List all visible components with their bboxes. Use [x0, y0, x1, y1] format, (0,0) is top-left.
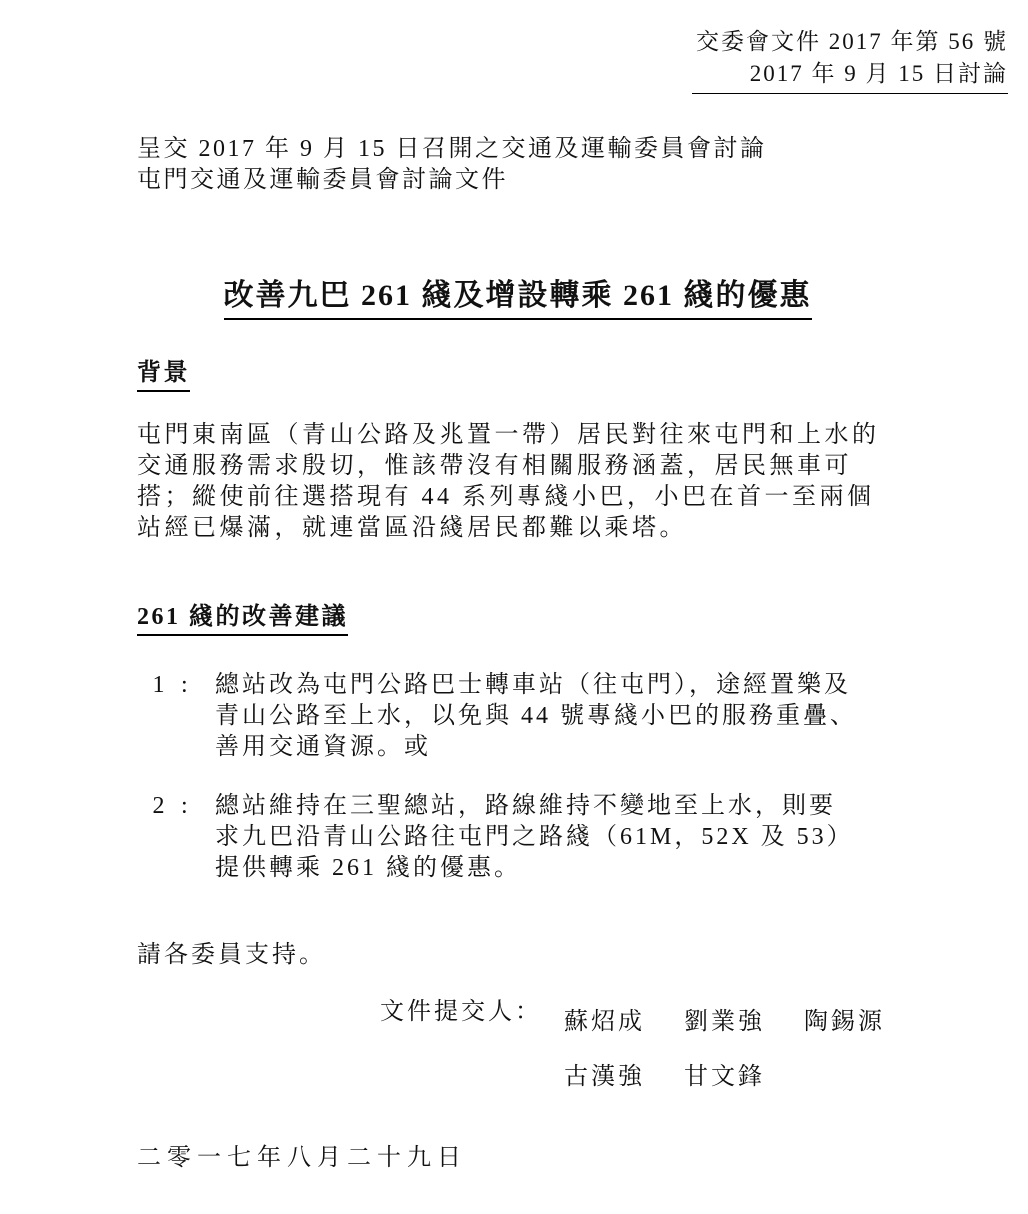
- proposal-line: 提供轉乘 261 綫的優惠。: [215, 853, 1008, 884]
- background-line: 搭；縱使前往選搭現有 44 系列專綫小巴，小巴在首一至兩個: [137, 482, 1008, 513]
- intro-block: 呈交 2017 年 9 月 15 日召開之交通及運輸委員會討論 屯門交通及運輸委…: [137, 134, 1008, 196]
- intro-line-1: 呈交 2017 年 9 月 15 日召開之交通及運輸委員會討論: [137, 134, 1008, 165]
- submitter-name: 古漢強: [564, 1064, 645, 1090]
- proposal-item-text: 總站維持在三聖總站，路線維持不變地至上水，則要 求九巴沿青山公路往屯門之路綫（6…: [215, 791, 1008, 884]
- proposal-item-colon: :: [181, 670, 215, 763]
- submitter-name: 甘文鋒: [684, 1064, 765, 1090]
- page-title-text: 改善九巴 261 綫及增設轉乘 261 綫的優惠: [224, 270, 812, 320]
- proposals-heading: 261 綫的改善建議: [137, 596, 1008, 636]
- proposal-line: 青山公路至上水，以免與 44 號專綫小巴的服務重疊、: [215, 701, 1008, 732]
- submitter-name: 蘇炤成: [564, 1009, 645, 1035]
- doc-header: 交委會文件 2017 年第 56 號 2017 年 9 月 15 日討論: [137, 26, 1008, 94]
- submitters-names: 蘇炤成 劉業強 陶錫源 古漢強 甘文鋒: [564, 1007, 885, 1093]
- submitters-row-2: 古漢強 甘文鋒: [564, 1062, 885, 1093]
- submitters-block: 文件提交人： 蘇炤成 劉業強 陶錫源 古漢強 甘文鋒: [380, 997, 1008, 1093]
- background-heading: 背景: [137, 352, 1008, 392]
- document-page: 交委會文件 2017 年第 56 號 2017 年 9 月 15 日討論 呈交 …: [0, 0, 1028, 1214]
- submitter-name: 劉業強: [684, 1009, 765, 1035]
- proposal-item-colon: :: [181, 791, 215, 884]
- proposal-item-1: 1 : 總站改為屯門公路巴士轉車站（往屯門），途經置樂及 青山公路至上水，以免與…: [137, 670, 1008, 763]
- doc-discussion-date: 2017 年 9 月 15 日討論: [692, 58, 1008, 94]
- proposal-item-number: 2: [149, 791, 171, 884]
- page-title: 改善九巴 261 綫及增設轉乘 261 綫的優惠: [137, 270, 1008, 320]
- submitter-name: 陶錫源: [804, 1009, 885, 1035]
- proposal-item-2: 2 : 總站維持在三聖總站，路線維持不變地至上水，則要 求九巴沿青山公路往屯門之…: [137, 791, 1008, 884]
- background-line: 交通服務需求殷切，惟該帶沒有相關服務涵蓋，居民無車可: [137, 451, 1008, 482]
- proposal-line: 求九巴沿青山公路往屯門之路綫（61M，52X 及 53）: [215, 822, 1008, 853]
- intro-line-2: 屯門交通及運輸委員會討論文件: [137, 165, 1008, 196]
- background-line: 屯門東南區（青山公路及兆置一帶）居民對往來屯門和上水的: [137, 420, 1008, 451]
- submitters-label: 文件提交人：: [380, 997, 542, 1028]
- proposal-line: 總站維持在三聖總站，路線維持不變地至上水，則要: [215, 791, 1008, 822]
- proposal-line: 善用交通資源。或: [215, 732, 1008, 763]
- submitters-row-1: 蘇炤成 劉業強 陶錫源: [564, 1007, 885, 1038]
- background-line: 站經已爆滿，就連當區沿綫居民都難以乘塔。: [137, 513, 1008, 544]
- doc-ref-number: 交委會文件 2017 年第 56 號: [137, 26, 1008, 58]
- closing-remark: 請各委員支持。: [137, 940, 1008, 971]
- background-paragraph: 屯門東南區（青山公路及兆置一帶）居民對往來屯門和上水的 交通服務需求殷切，惟該帶…: [137, 420, 1008, 544]
- proposal-item-text: 總站改為屯門公路巴士轉車站（往屯門），途經置樂及 青山公路至上水，以免與 44 …: [215, 670, 1008, 763]
- proposal-item-number: 1: [149, 670, 171, 763]
- proposal-line: 總站改為屯門公路巴士轉車站（往屯門），途經置樂及: [215, 670, 1008, 701]
- signature-date: 二零一七年八月二十九日: [137, 1143, 1008, 1174]
